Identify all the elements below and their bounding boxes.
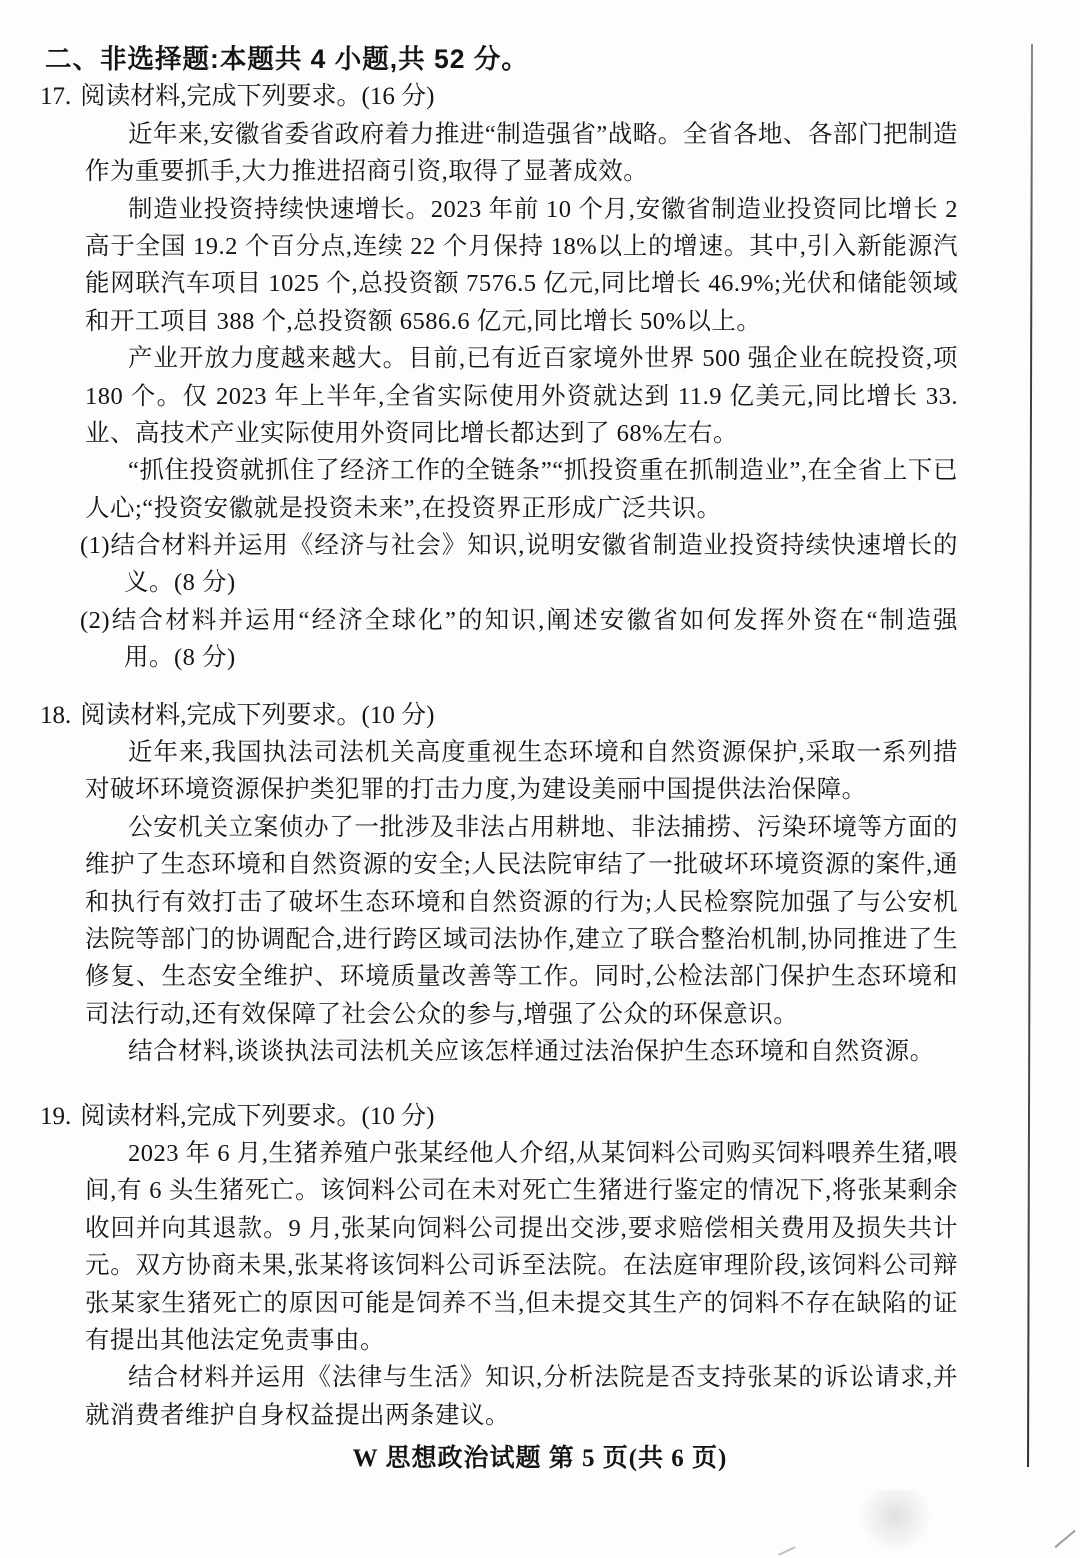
question-17: 17.阅读材料,完成下列要求。(16 分) 近年来,安徽省委省政府着力推进“制造…	[0, 78, 1080, 676]
q17-line: 能网联汽车项目 1025 个,总投资额 7576.5 亿元,同比增长 46.9%…	[85, 265, 958, 302]
page-footer: W 思想政治试题 第 5 页(共 6 页)	[0, 1438, 1080, 1474]
exam-paper-page: 二、非选择题:本题共 4 小题,共 52 分。 17.阅读材料,完成下列要求。(…	[0, 0, 1080, 1558]
question-19-stem-text: 阅读材料,完成下列要求。(10 分)	[80, 1103, 434, 1130]
q19-line: 张某家生猪死亡的原因可能是饲养不当,但未提交其生产的饲料不存在缺陷的证据,也没	[85, 1285, 958, 1322]
q18-line: 对破坏环境资源保护类犯罪的打击力度,为建设美丽中国提供法治保障。	[85, 771, 958, 808]
q17-subquestion-1: (1)结合材料并运用《经济与社会》知识,说明安徽省制造业投资持续快速增长的经济意	[80, 527, 958, 564]
question-18-number: 18.	[40, 697, 71, 734]
q17-subquestion-2-cont: 用。(8 分)	[124, 639, 958, 676]
question-19-number: 19.	[40, 1098, 71, 1135]
question-17-number: 17.	[40, 78, 71, 115]
q17-line: 产业开放力度越来越大。目前,已有近百家境外世界 500 强企业在皖投资,项目超过	[128, 340, 958, 377]
q17-line: 和开工项目 388 个,总投资额 6586.6 亿元,同比增长 50%以上。	[85, 303, 958, 340]
q17-line: 180 个。仅 2023 年上半年,全省实际使用外资就达到 11.9 亿美元,同…	[85, 378, 958, 415]
q17-line: 近年来,安徽省委省政府着力推进“制造强省”战略。全省各地、各部门把制造业投资	[128, 116, 958, 153]
scan-corner-mark-small	[778, 1546, 795, 1555]
q19-line: 间,有 6 头生猪死亡。该饲料公司在未对死亡生猪进行鉴定的情况下,将张某剩余的饲…	[85, 1172, 958, 1209]
question-18-stem-text: 阅读材料,完成下列要求。(10 分)	[80, 702, 434, 729]
q18-line: 维护了生态环境和自然资源的安全;人民法院审结了一批破坏环境资源的案件,通过判决	[85, 846, 958, 883]
q19-task-cont: 就消费者维护自身权益提出两条建议。	[85, 1397, 958, 1434]
q18-line: 法院等部门的协调配合,进行跨区域司法协作,建立了联合整治机制,协同推进了生态保护	[85, 921, 958, 958]
page-content: 二、非选择题:本题共 4 小题,共 52 分。 17.阅读材料,完成下列要求。(…	[0, 41, 1080, 1434]
question-18-stem: 18.阅读材料,完成下列要求。(10 分)	[40, 697, 1080, 734]
q17-line: 作为重要抓手,大力推进招商引资,取得了显著成效。	[85, 153, 958, 190]
scan-smudge	[855, 1490, 935, 1556]
q18-line: 公安机关立案侦办了一批涉及非法占用耕地、非法捕捞、污染环境等方面的案件,有效	[128, 809, 958, 846]
q19-line: 元。双方协商未果,张某将该饲料公司诉至法院。在法庭审理阶段,该饲料公司辩称,造成	[85, 1247, 958, 1284]
question-19: 19.阅读材料,完成下列要求。(10 分) 2023 年 6 月,生猪养殖户张某…	[0, 1098, 1080, 1435]
q18-line: 修复、生态安全维护、环境质量改善等工作。同时,公检法部门保护生态环境和资源的执法	[85, 958, 958, 995]
question-18: 18.阅读材料,完成下列要求。(10 分) 近年来,我国执法司法机关高度重视生态…	[0, 697, 1080, 1071]
q17-line: 高于全国 19.2 个百分点,连续 22 个月保持 18%以上的增速。其中,引入…	[85, 228, 958, 265]
q18-line: 近年来,我国执法司法机关高度重视生态环境和自然资源保护,采取一系列措施加大	[128, 734, 958, 771]
q19-line: 2023 年 6 月,生猪养殖户张某经他人介绍,从某饲料公司购买饲料喂养生猪,喂…	[128, 1135, 958, 1172]
q17-subquestion-1-cont: 义。(8 分)	[124, 564, 958, 601]
question-17-stem-text: 阅读材料,完成下列要求。(16 分)	[80, 83, 434, 110]
q18-line: 司法行动,还有效保障了社会公众的参与,增强了公众的环保意识。	[85, 996, 958, 1033]
q17-subquestion-2: (2)结合材料并运用“经济全球化”的知识,阐述安徽省如何发挥外资在“制造强省”中…	[80, 602, 958, 639]
scan-corner-mark	[1054, 1530, 1075, 1548]
q17-line: 业、高技术产业实际使用外资同比增长都达到了 68%左右。	[85, 415, 958, 452]
question-19-stem: 19.阅读材料,完成下列要求。(10 分)	[40, 1098, 1080, 1135]
q17-line: “抓住投资就抓住了经济工作的全链条”“抓投资重在抓制造业”,在全省上下已深入	[128, 452, 958, 489]
q19-line: 有提出其他法定免责事由。	[85, 1322, 958, 1359]
question-17-stem: 17.阅读材料,完成下列要求。(16 分)	[40, 78, 1080, 115]
q18-line: 和执行有效打击了破坏生态环境和自然资源的行为;人民检察院加强了与公安机关、人民	[85, 884, 958, 921]
q17-line: 制造业投资持续快速增长。2023 年前 10 个月,安徽省制造业投资同比增长 2…	[128, 191, 958, 228]
q19-line: 收回并向其退款。9 月,张某向饲料公司提出交涉,要求赔偿相关费用及损失共计 28…	[85, 1210, 958, 1247]
q19-task: 结合材料并运用《法律与生活》知识,分析法院是否支持张某的诉讼请求,并结合此案	[128, 1359, 958, 1396]
q17-line: 人心;“投资安徽就是投资未来”,在投资界正形成广泛共识。	[85, 490, 958, 527]
q18-task: 结合材料,谈谈执法司法机关应该怎样通过法治保护生态环境和自然资源。	[128, 1033, 958, 1070]
section-header: 二、非选择题:本题共 4 小题,共 52 分。	[45, 41, 1080, 78]
